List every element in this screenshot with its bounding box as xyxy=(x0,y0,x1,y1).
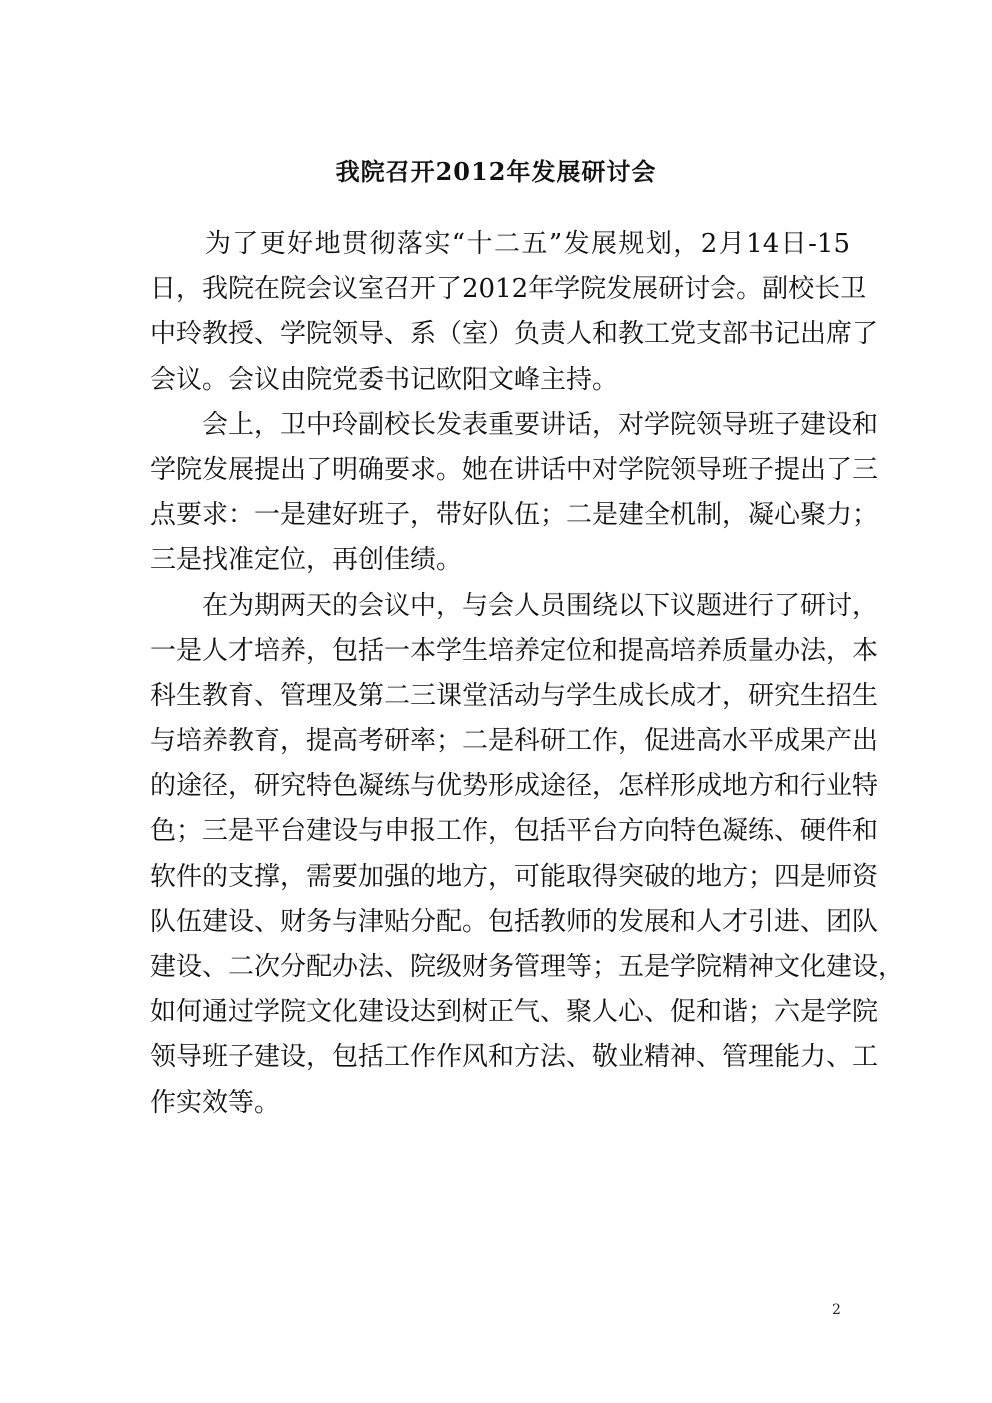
paragraph-3-line-5: 的途径，研究特色凝练与优势形成途径，怎样形成地方和行业特 xyxy=(150,764,850,809)
paragraph-1-line-2: 日，我院在院会议室召开了2012年学院发展研讨会。副校长卫 xyxy=(150,267,850,312)
paragraph-3-line-1: 在为期两天的会议中，与会人员围绕以下议题进行了研讨， xyxy=(150,584,850,629)
paragraph-3-line-10: 如何通过学院文化建设达到树正气、聚人心、促和谐；六是学院 xyxy=(150,990,850,1035)
document-body: 为了更好地贯彻落实“十二五”发展规划，2月14日-15 日，我院在院会议室召开了… xyxy=(150,222,850,1126)
paragraph-3-line-4: 与培养教育，提高考研率；二是科研工作，促进高水平成果产出 xyxy=(150,719,850,764)
paragraph-2-line-2: 学院发展提出了明确要求。她在讲话中对学院领导班子提出了三 xyxy=(150,448,850,493)
paragraph-3-line-9: 建设、二次分配办法、院级财务管理等；五是学院精神文化建设， xyxy=(150,945,850,990)
paragraph-1-line-3: 中玲教授、学院领导、系（室）负责人和教工党支部书记出席了 xyxy=(150,312,850,357)
paragraph-2-line-4: 三是找准定位，再创佳绩。 xyxy=(150,538,850,583)
paragraph-3-line-12: 作实效等。 xyxy=(150,1081,850,1126)
paragraph-3-line-7: 软件的支撑，需要加强的地方，可能取得突破的地方；四是师资 xyxy=(150,855,850,900)
paragraph-3-line-11: 领导班子建设，包括工作作风和方法、敬业精神、管理能力、工 xyxy=(150,1035,850,1080)
paragraph-1-line-1: 为了更好地贯彻落实“十二五”发展规划，2月14日-15 xyxy=(150,222,850,267)
paragraph-3-line-3: 科生教育、管理及第二三课堂活动与学生成长成才，研究生招生 xyxy=(150,674,850,719)
paragraph-1-line-4: 会议。会议由院党委书记欧阳文峰主持。 xyxy=(150,358,850,403)
paragraph-3-line-2: 一是人才培养，包括一本学生培养定位和提高培养质量办法，本 xyxy=(150,629,850,674)
page-number: 2 xyxy=(832,1302,841,1318)
paragraph-2-line-1: 会上，卫中玲副校长发表重要讲话，对学院领导班子建设和 xyxy=(150,403,850,448)
paragraph-3-line-6: 色；三是平台建设与申报工作，包括平台方向特色凝练、硬件和 xyxy=(150,809,850,854)
paragraph-2-line-3: 点要求：一是建好班子，带好队伍；二是建全机制，凝心聚力； xyxy=(150,493,850,538)
document-title: 我院召开2012年发展研讨会 xyxy=(0,152,992,187)
paragraph-3-line-8: 队伍建设、财务与津贴分配。包括教师的发展和人才引进、团队 xyxy=(150,900,850,945)
